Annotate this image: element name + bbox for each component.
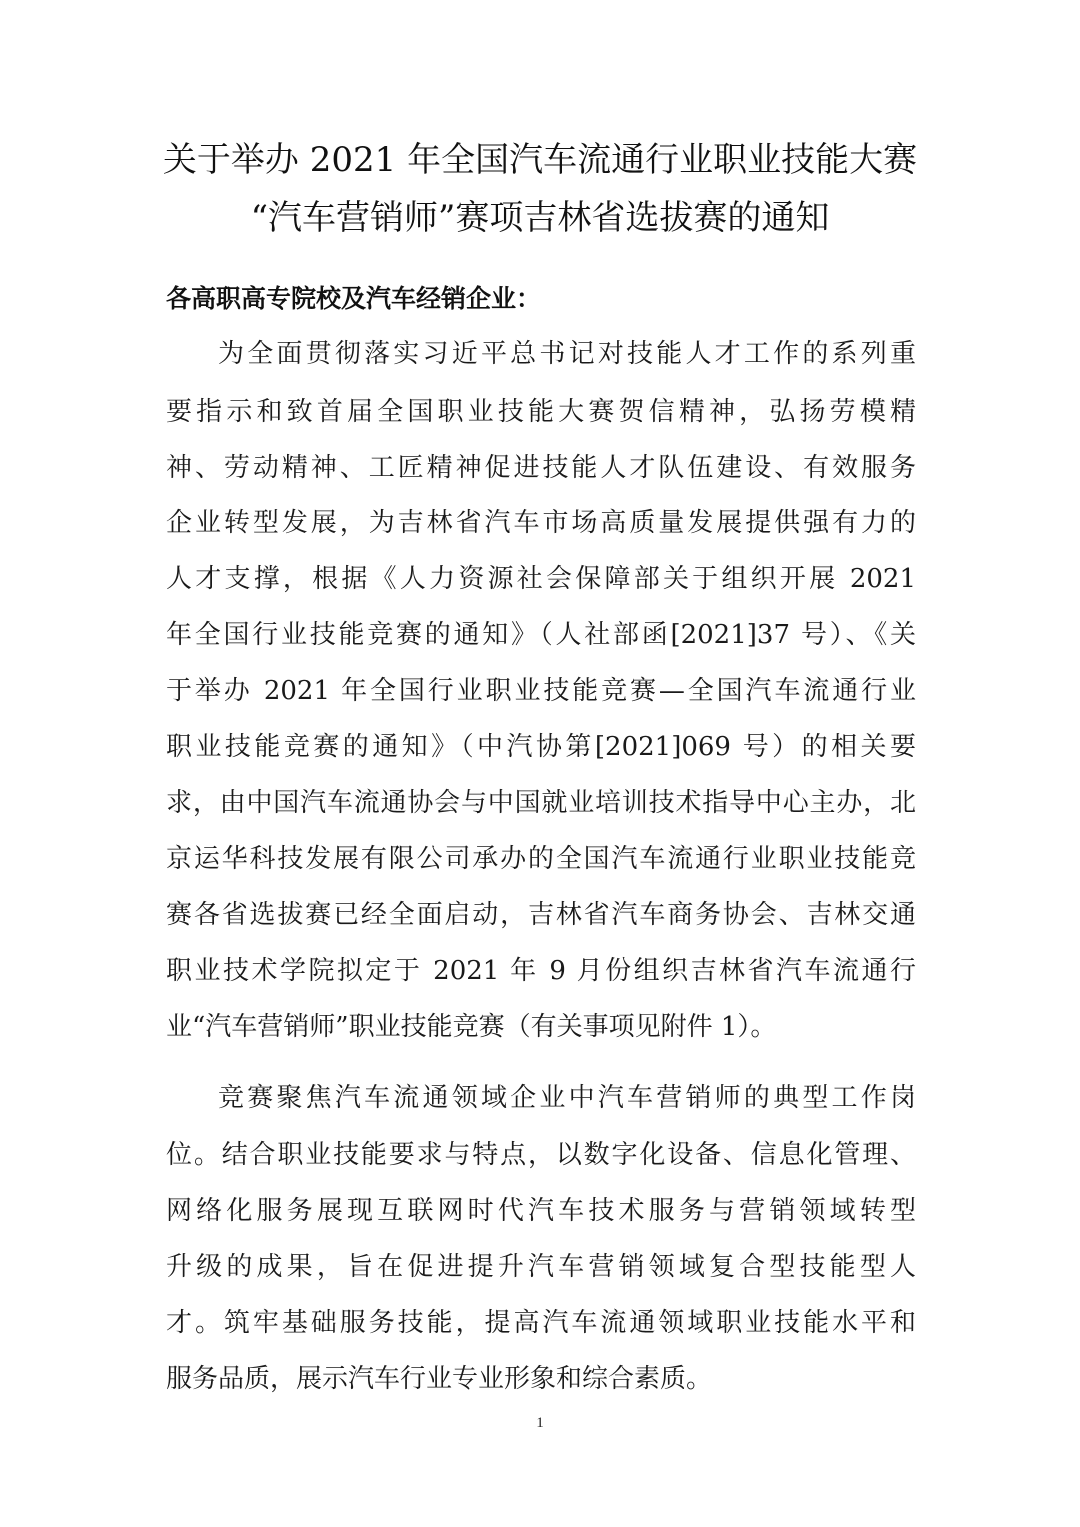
document-title-line-2: “汽车营销师”赛项吉林省选拔赛的通知 [0,196,1080,240]
paragraph-line: 求，由中国汽车流通协会与中国就业培训技术指导中心主办，北 [166,785,916,821]
paragraph-line: 位。结合职业技能要求与特点，以数字化设备、信息化管理、 [166,1137,916,1173]
page-number: 1 [0,1415,1080,1432]
paragraph-line: 企业转型发展，为吉林省汽车市场高质量发展提供强有力的 [166,505,916,541]
paragraph-line: 业“汽车营销师”职业技能竞赛（有关事项见附件 1）。 [166,1009,916,1045]
paragraph-line: 为全面贯彻落实习近平总书记对技能人才工作的系列重 [218,336,916,372]
paragraph-line: 职业技能竞赛的通知》（中汽协第[2021]069 号）的相关要 [166,729,916,765]
paragraph-line: 赛各省选拔赛已经全面启动，吉林省汽车商务协会、吉林交通 [166,897,916,933]
salutation: 各高职高专院校及汽车经销企业： [166,281,541,317]
paragraph-line: 年全国行业技能竞赛的通知》（人社部函[2021]37 号）、《关 [166,617,916,653]
paragraph-line: 人才支撑，根据《人力资源社会保障部关于组织开展 2021 [166,561,916,597]
paragraph-line: 神、劳动精神、工匠精神促进技能人才队伍建设、有效服务 [166,450,916,486]
paragraph-line: 于举办 2021 年全国行业职业技能竞赛—全国汽车流通行业 [166,673,916,709]
paragraph-line: 要指示和致首届全国职业技能大赛贺信精神，弘扬劳模精 [166,394,916,430]
paragraph-line: 职业技术学院拟定于 2021 年 9 月份组织吉林省汽车流通行 [166,953,916,989]
paragraph-line: 升级的成果，旨在促进提升汽车营销领域复合型技能型人 [166,1249,916,1285]
document-page: 关于举办 2021 年全国汽车流通行业职业技能大赛 “汽车营销师”赛项吉林省选拔… [0,0,1080,1527]
paragraph-line: 服务品质，展示汽车行业专业形象和综合素质。 [166,1361,916,1397]
paragraph-line: 才。筑牢基础服务技能，提高汽车流通领域职业技能水平和 [166,1305,916,1341]
document-title-line-1: 关于举办 2021 年全国汽车流通行业职业技能大赛 [0,138,1080,182]
paragraph-line: 网络化服务展现互联网时代汽车技术服务与营销领域转型 [166,1193,916,1229]
paragraph-line: 京运华科技发展有限公司承办的全国汽车流通行业职业技能竞 [166,841,916,877]
paragraph-line: 竞赛聚焦汽车流通领域企业中汽车营销师的典型工作岗 [218,1080,916,1116]
